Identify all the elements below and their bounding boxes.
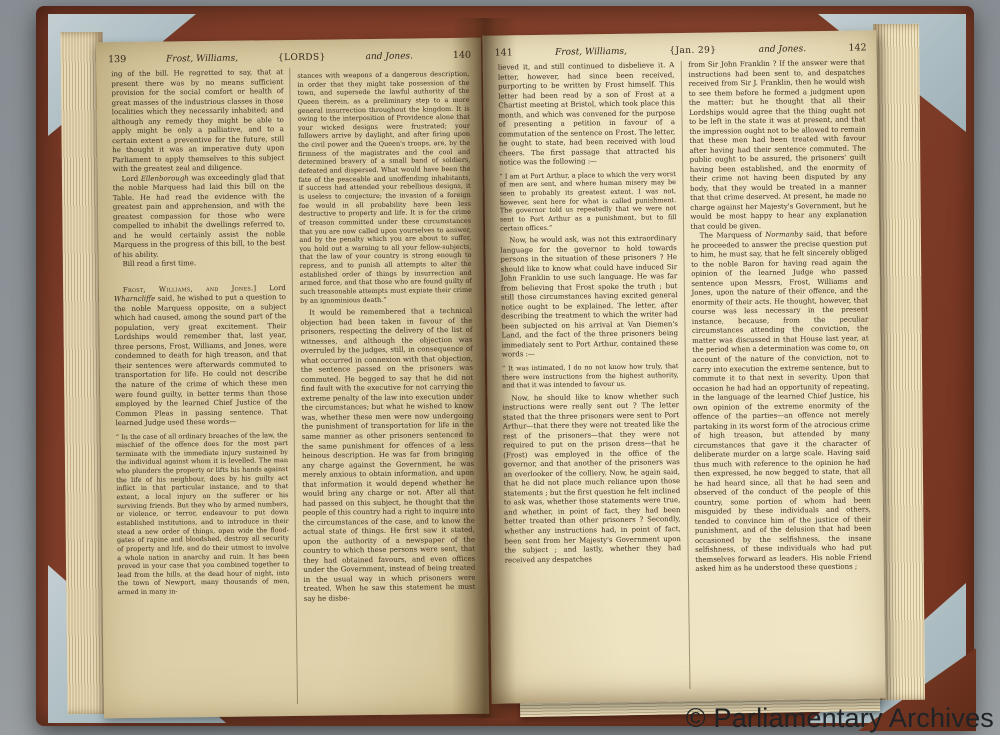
text-segment: was exceedingly glad that the noble Marq… bbox=[113, 173, 286, 259]
text-segment: “ In the case of all ordinary breaches o… bbox=[116, 431, 290, 597]
two-column-text-block: lieved it, and still continued to disbel… bbox=[491, 58, 880, 691]
watermark-text: © Parliamentary Archives bbox=[686, 703, 994, 734]
text-segment: lieved it, and still continued to disbel… bbox=[498, 61, 676, 167]
text-segment: Now, he should like to know whether such… bbox=[502, 392, 681, 564]
page-number: 139 bbox=[108, 54, 126, 65]
text-segment: said, he wished to put a question to the… bbox=[114, 293, 287, 427]
running-title: and Jones. bbox=[759, 44, 807, 55]
photo-background: 139 Frost, Williams, {LORDS} and Jones. … bbox=[0, 0, 1000, 735]
text-column: ing of the bill. He regretted to say, th… bbox=[104, 68, 297, 706]
text-segment: Now, he would ask, was not this extraord… bbox=[500, 234, 678, 359]
text-column: stances with weapons of a dangerous desc… bbox=[289, 66, 483, 704]
text-segment: “ I am at Port Arthur, a place to which … bbox=[499, 170, 676, 232]
page-number: 141 bbox=[495, 47, 513, 58]
paragraph: The Marquess of Normanby said, that befo… bbox=[691, 230, 872, 575]
right-page: 141 Frost, Williams, {Jan. 29} and Jones… bbox=[482, 30, 885, 703]
session-label: {Jan. 29} bbox=[669, 46, 716, 57]
paragraph: “ It was intimated, I do no not know how… bbox=[502, 362, 679, 390]
text-segment: ing of the bill. He regretted to say, th… bbox=[111, 68, 284, 173]
running-title: and Jones. bbox=[366, 52, 414, 63]
page-number: 142 bbox=[848, 42, 866, 53]
text-segment: Bill read a first time. bbox=[123, 259, 197, 268]
paragraph: It would be remembered that a technical … bbox=[300, 307, 476, 604]
text-segment: Normanby bbox=[765, 231, 803, 240]
paragraph: Lord Ellenborough was exceedingly glad t… bbox=[113, 173, 286, 261]
left-page: 139 Frost, Williams, {LORDS} and Jones. … bbox=[96, 38, 489, 719]
text-segment: said, that before he proceeded to answer… bbox=[691, 230, 872, 573]
session-label: {LORDS} bbox=[278, 53, 326, 64]
paragraph: “ I am at Port Arthur, a place to which … bbox=[499, 170, 676, 233]
page-number: 140 bbox=[453, 50, 471, 61]
paragraph: lieved it, and still continued to disbel… bbox=[498, 61, 676, 168]
running-title: Frost, Williams, bbox=[555, 47, 627, 58]
text-segment: The Marquess of bbox=[700, 231, 766, 240]
paragraph: ing of the bill. He regretted to say, th… bbox=[111, 68, 284, 175]
text-segment: “ It was intimated, I do no not know how… bbox=[502, 362, 679, 390]
text-segment: Wharncliffe bbox=[114, 295, 155, 304]
text-segment: from Sir John Franklin ? If the answer w… bbox=[688, 58, 867, 230]
paragraph: from Sir John Franklin ? If the answer w… bbox=[688, 58, 867, 232]
text-segment: stances with weapons of a dangerous desc… bbox=[297, 70, 472, 305]
text-segment: Lord bbox=[256, 284, 286, 292]
running-header-left-page: 139 Frost, Williams, {LORDS} and Jones. … bbox=[108, 50, 471, 65]
paragraph: “ In the case of all ordinary breaches o… bbox=[116, 431, 290, 597]
paragraph: Frost, Williams, and Jones.] Lord Wharnc… bbox=[114, 284, 288, 429]
paragraph: stances with weapons of a dangerous desc… bbox=[297, 70, 472, 305]
text-segment: Lord bbox=[122, 175, 141, 183]
text-segment: Ellenborough bbox=[141, 174, 189, 183]
text-column: from Sir John Franklin ? If the answer w… bbox=[680, 58, 879, 689]
paragraph: Bill read a first time. bbox=[114, 258, 286, 270]
text-column: lieved it, and still continued to disbel… bbox=[491, 61, 689, 692]
text-segment: It would be remembered that a technical … bbox=[300, 307, 475, 603]
text-segment: Frost, Williams, and Jones.] bbox=[123, 284, 257, 294]
two-column-text-block: ing of the bill. He regretted to say, th… bbox=[104, 66, 483, 706]
running-header-right-page: 141 Frost, Williams, {Jan. 29} and Jones… bbox=[495, 42, 867, 58]
paragraph: Now, he would ask, was not this extraord… bbox=[500, 234, 678, 360]
running-title: Frost, Williams, bbox=[166, 54, 238, 65]
paragraph: Now, he should like to know whether such… bbox=[502, 392, 681, 566]
